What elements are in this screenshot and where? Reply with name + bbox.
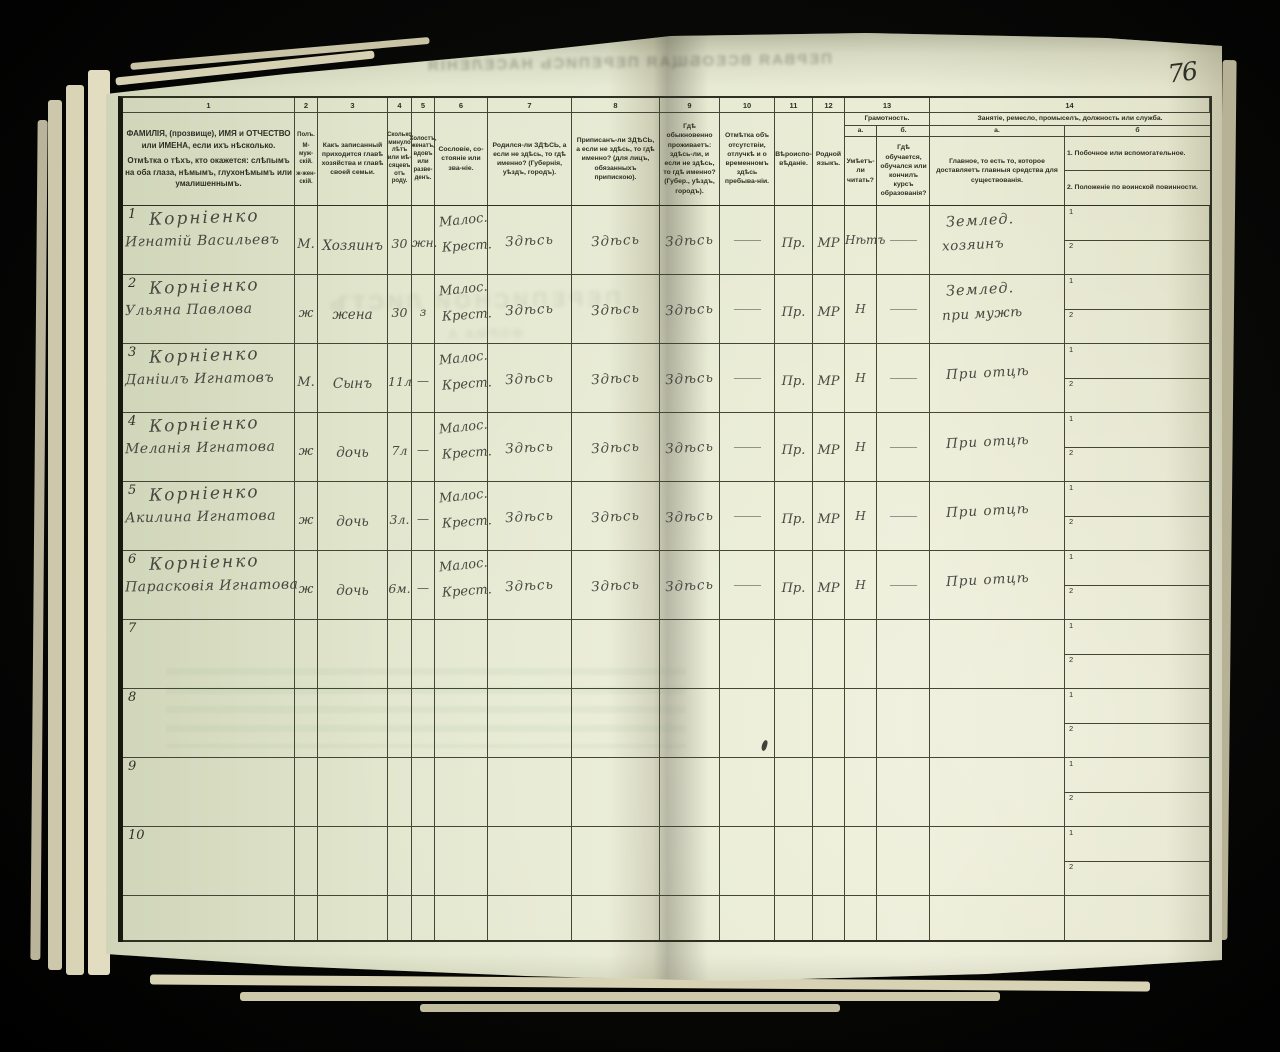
residence-handwriting: Здѣсь (660, 576, 720, 595)
page-stack-edge (420, 1004, 840, 1012)
residence-handwriting: Здѣсь (660, 231, 720, 250)
cell-residence: Здѣсь (660, 413, 720, 481)
occupation-handwriting: при мужѣ (942, 304, 1023, 324)
cell-sex (295, 758, 318, 826)
header-text: Грамотность. (845, 113, 929, 126)
sub-cell-label: 1 (1069, 690, 1073, 699)
given-name-handwriting: Игнатій Васильевъ (125, 232, 280, 251)
religion-handwriting: Пр. (775, 443, 812, 458)
estate-handwriting: Крест. (442, 306, 493, 324)
cell-language: МР (813, 482, 845, 550)
sub-cell-label: 2 (1069, 448, 1073, 457)
religion-handwriting: Пр. (775, 305, 812, 320)
cell-registered (572, 896, 660, 940)
estate-handwriting: Крест. (442, 513, 493, 531)
cell-religion: Пр. (775, 551, 813, 619)
cell-marital (412, 689, 435, 757)
cell-absence: ——— (720, 551, 775, 619)
page-stack-edge (30, 120, 47, 960)
military-status-sub-cell: 2 (1065, 861, 1209, 895)
side-occupation-sub-cell: 1 (1065, 551, 1209, 586)
cell-reads: Нѣтъ (845, 206, 877, 274)
given-name-handwriting: Акилина Игнатова (125, 508, 276, 527)
sub-cell-label: 2 (1069, 241, 1073, 250)
cell-absence: ——— (720, 482, 775, 550)
age-handwriting: 30 (388, 305, 411, 320)
educated-handwriting: ——— (877, 442, 929, 453)
sub-cell-label: 2 (1069, 724, 1073, 733)
cell-religion: Пр. (775, 413, 813, 481)
cell-occ_b: 12 (1065, 206, 1210, 274)
sex-handwriting: ж (295, 306, 317, 321)
cell-language (813, 620, 845, 688)
military-status-sub-cell: 2 (1065, 516, 1209, 550)
header-text: б. (877, 126, 930, 137)
sub-cell-label: 1 (1069, 621, 1073, 630)
estate-handwriting: Малос. (438, 418, 488, 438)
cell-registered: Здѣсь (572, 551, 660, 619)
cell-language (813, 758, 845, 826)
cell-name: 7 (123, 620, 295, 688)
absence-handwriting: ——— (720, 235, 774, 246)
cell-relation (318, 758, 388, 826)
cell-religion: Пр. (775, 344, 813, 412)
cell-marital: — (412, 413, 435, 481)
column-header-residence: Гдѣ обыкновенно проживаетъ: здѣсь-ли, и … (660, 113, 720, 205)
header-text: Родной языкъ. (815, 150, 842, 168)
cell-reads (845, 758, 877, 826)
header-text: Умѣетъ-ли читать? (845, 137, 877, 205)
census-page: ПЕРВАЯ ВСЕОБЩАЯ ПЕРЕПИСЬ НАСЕЛЕНІЯ ПЕРЕП… (106, 28, 1222, 994)
cell-age (388, 758, 412, 826)
religion-handwriting: Пр. (775, 512, 812, 527)
cell-born (488, 689, 572, 757)
cell-religion (775, 758, 813, 826)
table-header: 1 2 3 4 5 6 7 8 9 10 11 12 13 14 ФАМИЛІЯ… (123, 98, 1210, 206)
header-text: Сословіе, со-стояніе или зва-ніе. (437, 145, 485, 173)
born-handwriting: Здѣсь (488, 231, 572, 251)
cell-name: 2КорніенкоУльяна Павлова (123, 275, 295, 343)
table-body: 1КорніенкоИгнатій ВасильевъМ.Хозяинъ30жн… (123, 206, 1210, 942)
marital-handwriting: — (412, 374, 434, 388)
sub-cell-label: 2 (1069, 517, 1073, 526)
table-row: 3КорніенкоДаніилъ ИгнатовъМ.Сынъ11л—Мало… (123, 344, 1210, 413)
cell-residence (660, 896, 720, 940)
cell-born (488, 620, 572, 688)
cell-occ_a (930, 827, 1065, 895)
sub-cell-label: 1 (1069, 828, 1073, 837)
born-handwriting: Здѣсь (488, 438, 572, 458)
cell-born (488, 896, 572, 940)
cell-occ_b: 12 (1065, 620, 1210, 688)
cell-age: 11л (388, 344, 412, 412)
cell-age: 30 (388, 275, 412, 343)
cell-registered (572, 827, 660, 895)
cell-occ_b: 12 (1065, 275, 1210, 343)
educated-handwriting: ——— (877, 580, 929, 591)
sub-cell-label: 2 (1069, 655, 1073, 664)
row-number: 10 (128, 828, 145, 843)
cell-age (388, 896, 412, 940)
header-text: Вѣроиспо-вѣданіе. (775, 150, 811, 168)
born-handwriting: Здѣсь (488, 576, 572, 596)
absence-handwriting: ——— (720, 304, 774, 315)
cell-estate: Малос.Крест. (435, 275, 488, 343)
cell-occ_a (930, 758, 1065, 826)
surname-handwriting: Корніенко (149, 344, 260, 368)
military-status-sub-cell: 2 (1065, 723, 1209, 757)
born-handwriting (488, 645, 571, 649)
col-number: 2 (295, 98, 318, 113)
cell-reads: Н (845, 413, 877, 481)
cell-religion (775, 620, 813, 688)
estate-handwriting: Малос. (438, 211, 488, 231)
registered-handwriting: Здѣсь (572, 300, 660, 321)
military-status-sub-cell: 2 (1065, 447, 1209, 481)
col-number: 10 (720, 98, 775, 113)
absence-handwriting: ——— (720, 580, 774, 591)
cell-estate (435, 689, 488, 757)
residence-handwriting: Здѣсь (660, 438, 720, 457)
estate-handwriting: Крест. (442, 237, 493, 255)
header-text: Родился-ли ЗДѢСЬ, а если не здѣсь, то гд… (490, 141, 569, 178)
residence-handwriting (660, 783, 719, 786)
language-handwriting: МР (813, 305, 844, 320)
educated-handwriting: ——— (877, 235, 929, 246)
cell-language: МР (813, 275, 845, 343)
cell-born: Здѣсь (488, 206, 572, 274)
cell-educated: ——— (877, 275, 930, 343)
language-handwriting: МР (813, 236, 844, 251)
header-text: Занятіе, ремесло, промыселъ, должность и… (930, 113, 1210, 126)
born-handwriting (488, 783, 571, 787)
cell-estate (435, 620, 488, 688)
header-text: Холостъ, женатъ, вдовъ или разве-денъ. (409, 136, 436, 183)
cell-occ_b: 12 (1065, 344, 1210, 412)
cell-occ_b: 12 (1065, 758, 1210, 826)
cell-absence: ——— (720, 206, 775, 274)
cell-reads: Н (845, 482, 877, 550)
cell-religion: Пр. (775, 275, 813, 343)
cell-age: 3л. (388, 482, 412, 550)
row-number: 7 (128, 621, 136, 636)
cell-estate: Малос.Крест. (435, 482, 488, 550)
registered-handwriting (572, 714, 659, 719)
relation-handwriting: Сынъ (318, 376, 387, 392)
cell-marital: — (412, 344, 435, 412)
cell-age (388, 827, 412, 895)
religion-handwriting: Пр. (775, 374, 812, 389)
cell-relation: жена (318, 275, 388, 343)
cell-relation (318, 896, 388, 940)
side-occupation-sub-cell: 1 (1065, 413, 1209, 448)
table-row: 1012 (123, 827, 1210, 896)
cell-educated: ——— (877, 413, 930, 481)
cell-estate: Малос.Крест. (435, 344, 488, 412)
relation-handwriting: жена (318, 307, 387, 323)
cell-name: 6КорніенкоПарасковія Игнатова (123, 551, 295, 619)
language-handwriting: МР (813, 512, 844, 527)
reads-handwriting: Нѣтъ (845, 233, 876, 247)
cell-estate: Малос.Крест. (435, 206, 488, 274)
header-text: а. (930, 126, 1065, 137)
col-number: 5 (412, 98, 435, 113)
cell-residence (660, 620, 720, 688)
cell-sex: М. (295, 344, 318, 412)
cell-name: 9 (123, 758, 295, 826)
col-number: 1 (123, 98, 295, 113)
col-number: 11 (775, 98, 813, 113)
residence-handwriting (660, 852, 719, 855)
registered-handwriting: Здѣсь (572, 231, 660, 252)
cell-relation: дочь (318, 482, 388, 550)
column-header-religion: Вѣроиспо-вѣданіе. (775, 113, 813, 205)
row-number: 8 (128, 690, 136, 705)
column-header-family: ФАМИЛІЯ, (прозвище), ИМЯ и ОТЧЕСТВО или … (123, 113, 295, 205)
table-row: 2КорніенкоУльяна Павловажжена30зМалос.Кр… (123, 275, 1210, 344)
military-status-sub-cell: 2 (1065, 240, 1209, 274)
row-number: 4 (128, 414, 136, 429)
cell-marital: з (412, 275, 435, 343)
header-text: Гдѣ обыкновенно проживаетъ: здѣсь-ли, и … (662, 122, 717, 195)
reads-handwriting: Н (845, 371, 876, 385)
estate-handwriting: Крест. (442, 375, 493, 393)
column-header-language: Родной языкъ. (813, 113, 845, 205)
cell-language (813, 827, 845, 895)
cell-relation (318, 620, 388, 688)
sub-cell-label: 1 (1069, 345, 1073, 354)
cell-sex: ж (295, 275, 318, 343)
table-row: 6КорніенкоПарасковія Игнатоваждочь6м.—Ма… (123, 551, 1210, 620)
header-text: М-муж-скій. (296, 143, 316, 166)
cell-religion (775, 827, 813, 895)
side-occupation-sub-cell: 1 (1065, 344, 1209, 379)
row-number: 2 (128, 276, 136, 291)
cell-reads: Н (845, 275, 877, 343)
cell-born (488, 827, 572, 895)
cell-occ_a: При отцѣ (930, 551, 1065, 619)
born-handwriting: Здѣсь (488, 507, 572, 527)
col-number: 8 (572, 98, 660, 113)
side-occupation-sub-cell: 1 (1065, 620, 1209, 655)
cell-name (123, 896, 295, 940)
table-row: 912 (123, 758, 1210, 827)
given-name-handwriting: Меланія Игнатова (125, 439, 276, 458)
side-occupation-sub-cell: 1 (1065, 689, 1209, 724)
absence-handwriting: ——— (720, 442, 774, 453)
col-number: 12 (813, 98, 845, 113)
cell-reads (845, 620, 877, 688)
cell-registered (572, 620, 660, 688)
cell-estate (435, 827, 488, 895)
educated-handwriting: ——— (877, 373, 929, 384)
born-handwriting: Здѣсь (488, 300, 572, 320)
cell-sex (295, 896, 318, 940)
cell-educated (877, 758, 930, 826)
registered-handwriting (572, 645, 659, 650)
cell-relation: Хозяинъ (318, 206, 388, 274)
side-occupation-sub-cell: 1 (1065, 206, 1209, 241)
col-number: 14 (930, 98, 1210, 113)
sub-cell-label: 1 (1069, 414, 1073, 423)
column-header-literacy: Грамотность. а. б. Умѣетъ-ли читать? Гдѣ… (845, 113, 930, 205)
occupation-handwriting: хозяинъ (942, 235, 1005, 254)
military-status-sub-cell: 2 (1065, 585, 1209, 619)
reads-handwriting: Н (845, 509, 876, 523)
cell-marital: — (412, 482, 435, 550)
cell-language: МР (813, 413, 845, 481)
cell-sex: М. (295, 206, 318, 274)
military-status-sub-cell: 2 (1065, 309, 1209, 343)
born-handwriting: Здѣсь (488, 369, 572, 389)
cell-absence: ——— (720, 413, 775, 481)
cell-relation (318, 827, 388, 895)
column-header-estate: Сословіе, со-стояніе или зва-ніе. (435, 113, 488, 205)
occupation-handwriting: При отцѣ (946, 432, 1030, 452)
column-header-born-here: Родился-ли ЗДѢСЬ, а если не здѣсь, то гд… (488, 113, 572, 205)
sub-cell-label: 1 (1069, 759, 1073, 768)
cell-occ_b: 12 (1065, 551, 1210, 619)
column-header-age: Сколько минуло лѣтъ или мѣ-сяцевъ отъ ро… (388, 113, 412, 205)
born-handwriting (488, 714, 571, 718)
row-number: 3 (128, 345, 136, 360)
row-number: 1 (128, 207, 136, 222)
cell-sex (295, 827, 318, 895)
header-text: Приписанъ-ли ЗДѢСЬ, а если не здѣсь, то … (574, 136, 657, 182)
bleed-through-text: ПЕРВАЯ ВСЕОБЩАЯ ПЕРЕПИСЬ НАСЕЛЕНІЯ (426, 50, 832, 74)
col-number: 3 (318, 98, 388, 113)
cell-religion: Пр. (775, 482, 813, 550)
military-status-sub-cell: 2 (1065, 792, 1209, 826)
cell-residence (660, 758, 720, 826)
cell-reads (845, 827, 877, 895)
cell-occ_b: 12 (1065, 482, 1210, 550)
cell-educated (877, 689, 930, 757)
cell-sex (295, 689, 318, 757)
column-header-absence: Отмѣтка объ отсутствіи, отлучкѣ и о врем… (720, 113, 775, 205)
header-text: Главное, то есть то, которое доставляетъ… (930, 137, 1065, 205)
language-handwriting: МР (813, 581, 844, 596)
cell-occ_b: 12 (1065, 827, 1210, 895)
cell-age: 6м. (388, 551, 412, 619)
registered-handwriting (572, 783, 659, 788)
marital-handwriting: — (412, 512, 434, 526)
residence-handwriting: Здѣсь (660, 300, 720, 319)
cell-marital (412, 896, 435, 940)
cell-residence: Здѣсь (660, 275, 720, 343)
born-handwriting (488, 852, 571, 856)
header-text: 1. Побочное или вспомогательное. (1065, 137, 1210, 171)
estate-handwriting: Малос. (438, 556, 488, 576)
cell-registered (572, 758, 660, 826)
cell-sex: ж (295, 413, 318, 481)
given-name-handwriting: Даніилъ Игнатовъ (125, 370, 274, 389)
column-header-relation: Какъ записанный приходится главѣ хозяйст… (318, 113, 388, 205)
residence-handwriting: Здѣсь (660, 369, 720, 388)
sub-cell-label: 2 (1069, 379, 1073, 388)
header-text: Полъ. (297, 132, 315, 140)
cell-estate: Малос.Крест. (435, 551, 488, 619)
registered-handwriting: Здѣсь (572, 369, 660, 390)
cell-occ_a (930, 620, 1065, 688)
page-stack-edge (240, 992, 1000, 1001)
page-stack-edge (66, 85, 84, 975)
age-handwriting: 30 (388, 236, 411, 251)
header-text: Какъ записанный приходится главѣ хозяйст… (320, 141, 385, 178)
surname-handwriting: Корніенко (149, 551, 260, 575)
cell-name: 1КорніенкоИгнатій Васильевъ (123, 206, 295, 274)
sex-handwriting: ж (295, 444, 317, 459)
marital-handwriting: з (412, 305, 434, 319)
cell-absence (720, 896, 775, 940)
cell-relation: дочь (318, 551, 388, 619)
military-status-sub-cell: 2 (1065, 378, 1209, 412)
table-row: 4КорніенкоМеланія Игнатоваждочь7л—Малос.… (123, 413, 1210, 482)
cell-occ_a: При отцѣ (930, 482, 1065, 550)
cell-registered: Здѣсь (572, 206, 660, 274)
cell-born (488, 758, 572, 826)
sub-cell-label: 2 (1069, 793, 1073, 802)
educated-handwriting: ——— (877, 511, 929, 522)
registered-handwriting: Здѣсь (572, 576, 660, 597)
sub-cell-label: 2 (1069, 310, 1073, 319)
cell-occ_a (930, 896, 1065, 940)
sub-cell-label: 1 (1069, 483, 1073, 492)
table-row: 5КорніенкоАкилина Игнатоваждочь3л.—Малос… (123, 482, 1210, 551)
cell-estate (435, 896, 488, 940)
cell-residence (660, 689, 720, 757)
estate-handwriting: Крест. (442, 444, 493, 462)
column-header-occupation: Занятіе, ремесло, промыселъ, должность и… (930, 113, 1210, 205)
occupation-handwriting: Землед. (946, 211, 1015, 231)
col-number: 13 (845, 98, 930, 113)
estate-handwriting: Малос. (438, 349, 488, 369)
header-text: Отмѣтка объ отсутствіи, отлучкѣ и о врем… (722, 131, 772, 186)
column-header-sex: Полъ. М-муж-скій. ж-жен-скій. (295, 113, 318, 205)
table-row: 1КорніенкоИгнатій ВасильевъМ.Хозяинъ30жн… (123, 206, 1210, 275)
occupation-handwriting: При отцѣ (946, 570, 1030, 590)
column-header-marital: Холостъ, женатъ, вдовъ или разве-денъ. (412, 113, 435, 205)
occupation-handwriting: При отцѣ (946, 363, 1030, 383)
cell-occ_a: Землед.хозяинъ (930, 206, 1065, 274)
side-occupation-sub-cell: 1 (1065, 275, 1209, 310)
registered-handwriting: Здѣсь (572, 507, 660, 528)
header-text: Сколько минуло лѣтъ или мѣ-сяцевъ отъ ро… (387, 132, 412, 187)
religion-handwriting: Пр. (775, 236, 812, 251)
cell-registered: Здѣсь (572, 275, 660, 343)
reads-handwriting: Н (845, 440, 876, 454)
cell-age: 30 (388, 206, 412, 274)
registered-handwriting (572, 852, 659, 857)
col-number: 9 (660, 98, 720, 113)
table-row: 812 (123, 689, 1210, 758)
cell-occ_a: При отцѣ (930, 413, 1065, 481)
cell-language: МР (813, 551, 845, 619)
cell-absence (720, 758, 775, 826)
given-name-handwriting: Ульяна Павлова (125, 301, 253, 319)
age-handwriting: 6м. (388, 581, 411, 596)
cell-occ_a (930, 689, 1065, 757)
occupation-handwriting: При отцѣ (946, 501, 1030, 521)
sex-handwriting: М. (295, 375, 317, 390)
military-status-sub-cell: 2 (1065, 654, 1209, 688)
table-row: 712 (123, 620, 1210, 689)
cell-born: Здѣсь (488, 413, 572, 481)
header-text: ФАМИЛІЯ, (прозвище), ИМЯ и ОТЧЕСТВО или … (125, 128, 292, 151)
relation-handwriting: Хозяинъ (318, 238, 387, 254)
row-number: 6 (128, 552, 136, 567)
col-number: 4 (388, 98, 412, 113)
